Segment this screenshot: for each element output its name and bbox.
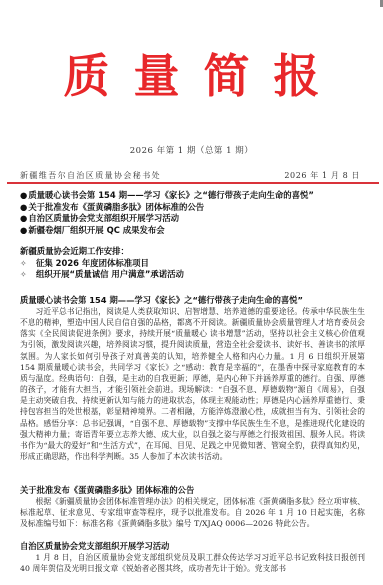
toc-item-label: 自治区质量协会党支部组织开展学习活动 — [28, 213, 179, 223]
article-body: 习近平总书记指出，阅读是人类获取知识、启智增慧、培养道德的重要途径。传承中华民族… — [20, 306, 365, 462]
bullet-icon: ● — [20, 225, 27, 235]
publisher-org: 新疆维吾尔自治区质量协会秘书处 — [20, 170, 161, 181]
diamond-icon: ✧ — [20, 258, 36, 270]
article-title: 质量暖心读书会第 154 期——学习《家长》之“德行带孩子走向生命的喜悦” — [20, 295, 365, 306]
work-plan-item-label: 征集 2026 年度团体标准项目 — [36, 258, 149, 268]
bullet-icon: ● — [20, 202, 27, 212]
work-plan-title: 新疆质量协会近期工作安排： — [20, 246, 365, 258]
toc-item[interactable]: ●关于批准发布《蛋黄磷脂多肽》团体标准的公告 — [20, 202, 365, 214]
toc-item[interactable]: ●自治区质量协会党支部组织开展学习活动 — [20, 213, 365, 225]
issue-number: 2026 年第 1 期（总第 1 期） — [0, 144, 383, 156]
article-title: 关于批准发布《蛋黄磷脂多肽》团体标准的公告 — [20, 485, 365, 496]
article-reading-club: 质量暖心读书会第 154 期——学习《家长》之“德行带孩子走向生命的喜悦” 习近… — [20, 295, 365, 462]
table-of-contents: ●质量暖心读书会第 154 期——学习《家长》之“德行带孩子走向生命的喜悦” ●… — [20, 190, 365, 236]
diamond-icon: ✧ — [20, 269, 36, 281]
article-body: 1 月 8 日，自治区质量协会党支部组织党员及职工群众传达学习习近平总书记致科技… — [20, 552, 365, 574]
work-plan-item: ✧征集 2026 年度团体标准项目 — [20, 258, 365, 270]
header-divider — [7, 182, 379, 184]
article-title: 自治区质量协会党支部组织开展学习活动 — [20, 541, 365, 552]
masthead-title: 质量简报 — [0, 46, 383, 106]
article-party-study: 自治区质量协会党支部组织开展学习活动 1 月 8 日，自治区质量协会党支部组织党… — [20, 541, 365, 574]
article-body: 根据《新疆质量协会团体标准管理办法》的相关规定，团体标准《蛋黄磷脂多肽》经立项审… — [20, 496, 365, 529]
article-standard-announcement: 关于批准发布《蛋黄磷脂多肽》团体标准的公告 根据《新疆质量协会团体标准管理办法》… — [20, 485, 365, 529]
work-plan-item-label: 组织开展“质量诚信 用户满意”承诺活动 — [36, 269, 184, 279]
toc-item-label: 关于批准发布《蛋黄磷脂多肽》团体标准的公告 — [28, 202, 204, 212]
bullet-icon: ● — [20, 213, 27, 223]
bullet-icon: ● — [20, 190, 27, 200]
toc-item[interactable]: ●新疆卷烟厂组织开展 QC 成果发布会 — [20, 225, 365, 237]
toc-item-label: 质量暖心读书会第 154 期——学习《家长》之“德行带孩子走向生命的喜悦” — [28, 190, 314, 200]
work-plan: 新疆质量协会近期工作安排： ✧征集 2026 年度团体标准项目 ✧组织开展“质量… — [20, 246, 365, 281]
publish-date: 2026 年 1 月 8 日 — [284, 170, 360, 181]
toc-item-label: 新疆卷烟厂组织开展 QC 成果发布会 — [28, 225, 164, 235]
toc-item[interactable]: ●质量暖心读书会第 154 期——学习《家长》之“德行带孩子走向生命的喜悦” — [20, 190, 365, 202]
work-plan-item: ✧组织开展“质量诚信 用户满意”承诺活动 — [20, 269, 365, 281]
